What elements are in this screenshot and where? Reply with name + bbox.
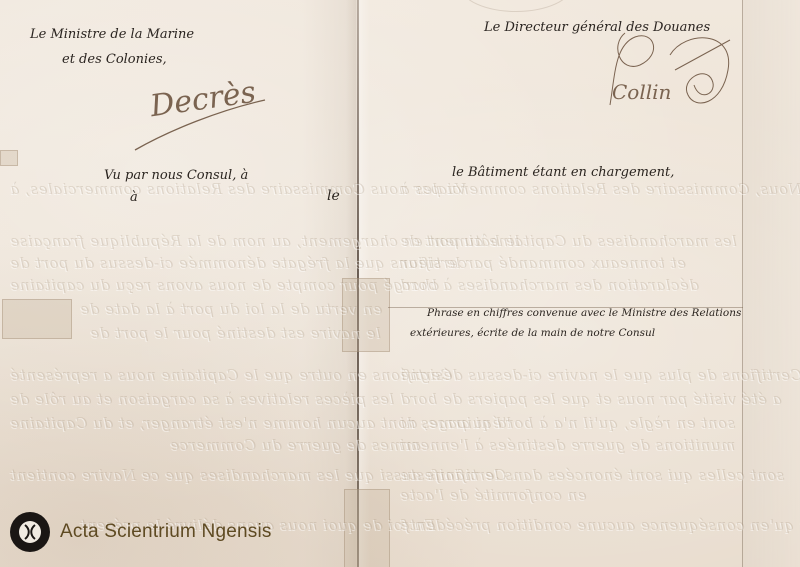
- watermark-label: Acta Scientrium Ngensis: [60, 521, 272, 543]
- watermark-logo: Acta Scientrium Ngensis: [10, 512, 272, 552]
- minister-header-line2: et des Colonies,: [62, 52, 167, 67]
- bleed-through-text: le navire est destiné pour le port de: [90, 324, 381, 342]
- ship-loading-line: le Bâtiment étant en chargement,: [452, 165, 674, 180]
- bleed-through-text: armes de guerre du Commerce: [170, 436, 421, 454]
- bleed-through-text: chargé pour compte de nous avons reçu du…: [10, 276, 439, 294]
- bleed-through-text: en conformité de l'acte: [400, 486, 587, 504]
- minister-header-line1: Le Ministre de la Marine: [30, 27, 194, 42]
- bleed-through-text: munitions de guerre destinées à l'ennemi: [400, 436, 735, 454]
- cipher-note-line1: Phrase en chiffres convenue avec le Mini…: [427, 307, 741, 319]
- repair-tape-topleft: [0, 150, 18, 166]
- bleed-through-text: certifions que la frégate dénommée ci-de…: [10, 254, 467, 272]
- bleed-through-text: Certifions qu'en conséquence aucune cond…: [400, 516, 800, 534]
- minister-signature-flourish: [130, 95, 270, 155]
- bleed-through-text: Certifions en outre que le Capitaine nou…: [10, 366, 452, 384]
- bleed-through-text: Nous, Commissaire des Relations commerci…: [400, 180, 800, 198]
- bleed-through-text: sont celles qui sont énoncées dans le ma…: [400, 466, 785, 484]
- bleed-through-text: déclaration des marchandises à bord: [400, 276, 699, 294]
- bleed-through-text: les pièces relatives à sa cargaison et a…: [10, 390, 394, 408]
- bleed-through-text: les marchandises du Capitaine au port de: [400, 232, 737, 250]
- bleed-through-text: Certifions de plus que le navire ci-dess…: [400, 366, 800, 384]
- bleed-through-text: a été visité par nous et que les papiers…: [400, 390, 782, 408]
- consul-visa-place: à: [130, 190, 138, 205]
- bleed-through-text: en vertu de la loi du port à la date de: [80, 300, 382, 318]
- acta-seal-icon: [10, 512, 50, 552]
- bleed-through-text: et tonneaux commandé par le sieur: [400, 254, 686, 272]
- director-signature: Collin: [612, 80, 671, 104]
- cipher-note-line2: extérieures, écrite de la main de notre …: [410, 327, 655, 339]
- consul-visa-date-prefix: le: [327, 188, 340, 204]
- consul-visa-line: Vu par nous Consul, à: [104, 168, 248, 183]
- repair-tape-left: [2, 299, 72, 339]
- bleed-through-text: sont en règle, qu'il n'a à bord ni armes…: [400, 414, 735, 432]
